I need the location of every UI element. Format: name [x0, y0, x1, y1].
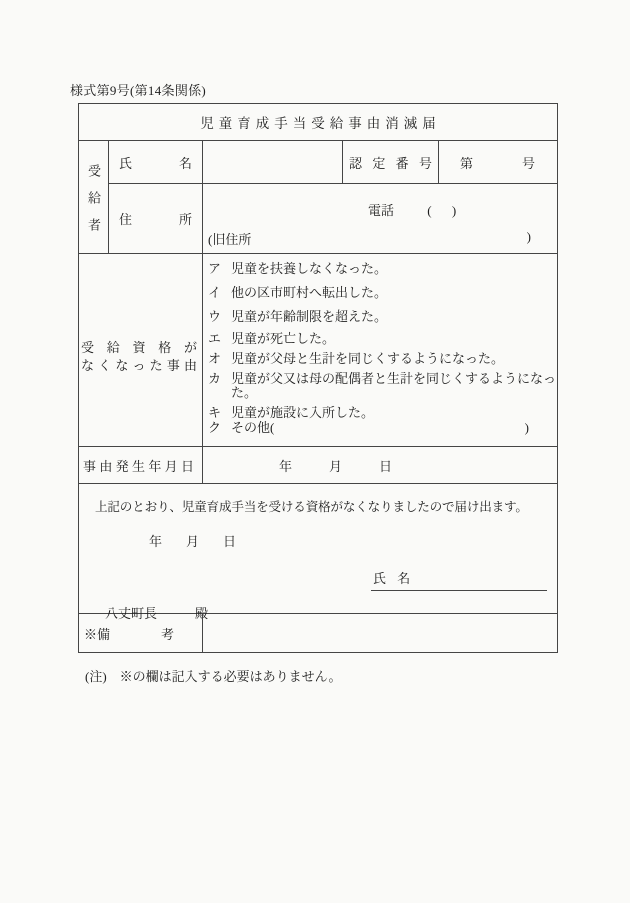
- month-label: 月: [329, 456, 342, 475]
- event-date-label-cell: 事由発生年月日: [79, 447, 203, 483]
- old-address-label: (旧住所: [208, 229, 251, 248]
- event-date-value-cell: 年 月 日: [203, 447, 557, 483]
- recipient-address-row: 住所 電話 ( ) (旧住所 ): [109, 184, 557, 253]
- footnote: (注) ※の欄は記入する必要はありません。: [85, 666, 341, 685]
- name-label: 氏名: [109, 153, 202, 172]
- reason-item: キ 児童が施設に入所した。: [208, 406, 557, 420]
- reason-text: 児童を扶養しなくなった。: [231, 262, 557, 276]
- address-label-cell: 住所: [109, 184, 203, 253]
- cert-number-label-cell: 認定番号: [343, 141, 439, 183]
- reason-key: ウ: [208, 310, 231, 324]
- reasons-label-line2: なくなった事由: [81, 357, 197, 375]
- reason-text: その他( ): [231, 421, 557, 435]
- event-date-label: 事由発生年月日: [79, 456, 202, 475]
- cert-number-suffix: 号: [522, 153, 535, 172]
- reason-key: ア: [208, 262, 231, 276]
- cert-number-label: 認定番号: [343, 153, 438, 172]
- year-label: 年: [279, 456, 292, 475]
- footnote-prefix: (注): [85, 666, 107, 685]
- reason-text: 児童が父又は母の配偶者と生計を同じくするようになった。: [231, 372, 557, 400]
- reasons-list: ア 児童を扶養しなくなった。 イ 他の区市町村へ転出した。 ウ 児童が年齢制限を…: [203, 254, 557, 446]
- day-label: 日: [223, 531, 236, 550]
- reason-item: ア 児童を扶養しなくなった。: [208, 262, 557, 276]
- recipient-name-row: 氏名 認定番号 第 号: [109, 141, 557, 184]
- reason-key: イ: [208, 286, 231, 300]
- reason-text: 児童が死亡した。: [231, 332, 557, 346]
- name-value-cell: [203, 141, 343, 183]
- address-label: 住所: [109, 209, 202, 228]
- form-title-row: 児童育成手当受給事由消滅届: [79, 104, 557, 141]
- remarks-label-right: 考: [161, 624, 174, 643]
- footnote-text: ※の欄は記入する必要はありません。: [120, 666, 342, 685]
- reason-item: イ 他の区市町村へ転出した。: [208, 286, 557, 300]
- cert-number-prefix: 第: [460, 153, 473, 172]
- year-label: 年: [149, 531, 162, 550]
- event-date-row: 事由発生年月日 年 月 日: [79, 447, 557, 484]
- phone-paren-close: ): [452, 203, 456, 218]
- reason-other-label: その他(: [231, 421, 274, 435]
- reason-text: 児童が年齢制限を超えた。: [231, 310, 557, 324]
- reason-item: カ 児童が父又は母の配偶者と生計を同じくするようになった。: [208, 372, 557, 400]
- form-title: 児童育成手当受給事由消滅届: [195, 112, 441, 132]
- remarks-label: ※備 考: [79, 624, 202, 643]
- reason-text: 他の区市町村へ転出した。: [231, 286, 557, 300]
- recipient-section: 受給者 氏名 認定番号 第 号: [79, 141, 557, 254]
- signature-name-label: 氏 名: [373, 571, 414, 586]
- reason-item: エ 児童が死亡した。: [208, 332, 557, 346]
- declaration-section: 上記のとおり、児童育成手当を受ける資格がなくなりましたので届け出ます。 年 月 …: [79, 484, 557, 614]
- address-value-cell: 電話 ( ) (旧住所 ): [203, 184, 557, 253]
- phone-label: 電話: [368, 203, 394, 218]
- recipient-section-label-cell: 受給者: [79, 141, 109, 253]
- remarks-label-cell: ※備 考: [79, 614, 203, 652]
- reasons-label-line1: 受給資格が: [81, 339, 197, 357]
- reason-text: 児童が父母と生計を同じくするようになった。: [231, 352, 557, 366]
- reason-key: カ: [208, 372, 231, 400]
- signature-name-line: 氏 名: [371, 568, 547, 591]
- reasons-section: 受給資格が なくなった事由 ア 児童を扶養しなくなった。 イ 他の区市町村へ転出…: [79, 254, 557, 447]
- reason-item: オ 児童が父母と生計を同じくするようになった。: [208, 352, 557, 366]
- reason-other-close: ): [525, 421, 529, 435]
- reason-key: オ: [208, 352, 231, 366]
- phone-line: 電話 ( ): [368, 200, 456, 219]
- remarks-value-cell: [203, 614, 557, 652]
- reason-key: ク: [208, 421, 231, 435]
- form-number: 様式第9号(第14条関係): [70, 80, 206, 99]
- recipient-main: 氏名 認定番号 第 号 住所: [109, 141, 557, 253]
- month-label: 月: [186, 531, 199, 550]
- day-label: 日: [379, 456, 392, 475]
- name-label-cell: 氏名: [109, 141, 203, 183]
- reason-item: ク その他( ): [208, 421, 557, 435]
- old-address-close: ): [527, 229, 531, 248]
- document-page: 様式第9号(第14条関係) 児童育成手当受給事由消滅届 受給者 氏名 認定番号: [0, 0, 630, 903]
- reason-key: エ: [208, 332, 231, 346]
- reasons-label-cell: 受給資格が なくなった事由: [79, 254, 203, 446]
- cert-number-value-cell: 第 号: [439, 141, 557, 183]
- remarks-row: ※備 考: [79, 614, 557, 652]
- reason-key: キ: [208, 406, 231, 420]
- old-address-line: (旧住所 ): [208, 229, 531, 248]
- recipient-section-label: 受給者: [87, 164, 100, 245]
- declaration-statement: 上記のとおり、児童育成手当を受ける資格がなくなりましたので届け出ます。: [79, 496, 557, 515]
- phone-paren-open: (: [427, 203, 431, 218]
- declaration-date-line: 年 月 日: [79, 531, 557, 550]
- form-table: 児童育成手当受給事由消滅届 受給者 氏名 認定番号 第 号: [78, 103, 558, 653]
- reason-text: 児童が施設に入所した。: [231, 406, 557, 420]
- reason-item: ウ 児童が年齢制限を超えた。: [208, 310, 557, 324]
- remarks-label-left: ※備: [84, 624, 110, 643]
